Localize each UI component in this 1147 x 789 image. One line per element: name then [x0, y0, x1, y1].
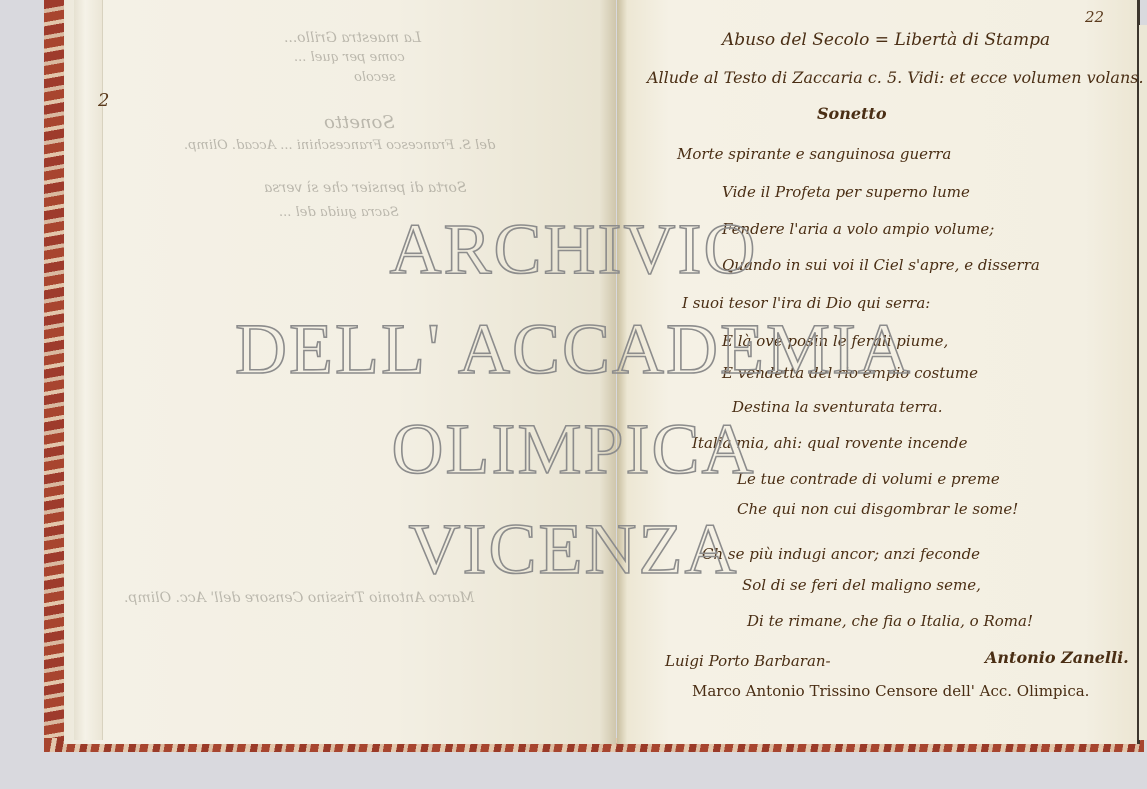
bleed-through-line: secolo [354, 70, 395, 85]
bleed-through-line: Marco Antonio Trissino Censore dell' Acc… [124, 590, 474, 606]
bleed-through-line: come per quel ... [294, 50, 405, 65]
heading-line-1: Abuso del Secolo = Libertà di Stampa [722, 30, 1050, 50]
poem-line: Vide il Profeta per superno lume [722, 183, 970, 201]
censor-signature: Marco Antonio Trissino Censore dell' Acc… [692, 682, 1089, 700]
signature-antonio-zanelli: Antonio Zanelli. [985, 648, 1129, 667]
watermark-line: OLIMPICA [0, 408, 1147, 491]
signature-luigi-porto-barbaran: Luigi Porto Barbaran- [665, 652, 831, 670]
poem-line: Morte spirante e sanguinosa guerra [677, 145, 951, 163]
bleed-through-line: Sonetto [324, 112, 395, 133]
left-folio-mark: 2 [98, 90, 109, 111]
bleed-through-line: del S. Francesco Franceschini ... Accad.… [184, 138, 495, 153]
sonnet-title: Sonetto [817, 104, 887, 123]
bleed-through-line: Sorta di pensier che sì versa [264, 180, 467, 196]
folio-number: 22 [1085, 8, 1104, 26]
heading-line-2: Allude al Testo di Zaccaria c. 5. Vidi: … [647, 68, 1144, 87]
watermark-line: VICENZA [0, 508, 1147, 591]
watermark-line: DELL' ACCADEMIA [0, 308, 1147, 391]
watermark-line: ARCHIVIO [0, 208, 1147, 291]
bleed-through-line: La maestra Grillo... [284, 30, 421, 46]
poem-line: Di te rimane, che fia o Italia, o Roma! [747, 612, 1033, 630]
